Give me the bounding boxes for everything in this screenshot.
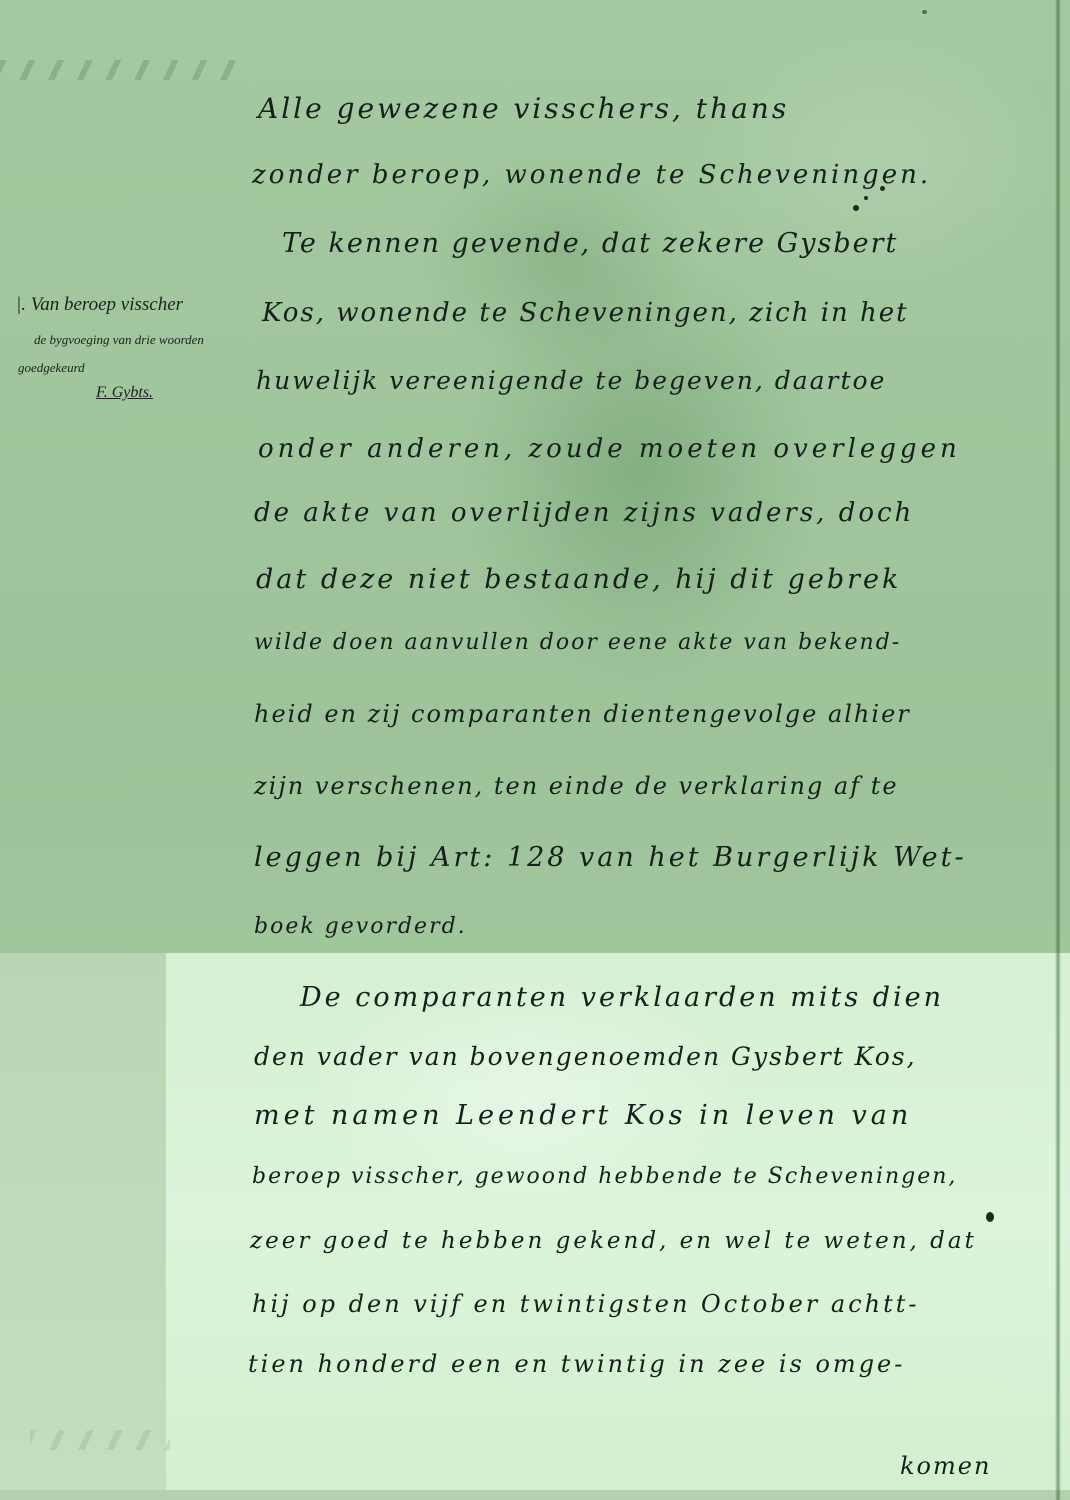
text-line: Kos, wonende te Scheveningen, zich in he… — [262, 298, 909, 328]
text-line: den vader van bovengenoemden Gysbert Kos… — [254, 1042, 917, 1071]
bleed-through-strokes — [0, 60, 240, 80]
page-shading-lower-left — [0, 953, 166, 1500]
text-line-catchword: komen — [900, 1452, 991, 1480]
text-line: onder anderen, zoude moeten overleggen — [258, 434, 961, 464]
text-line: met namen Leendert Kos in leven van — [254, 1100, 912, 1131]
margin-note-line-3: goedgekeurd — [18, 360, 85, 376]
page-binding-edge — [1055, 0, 1061, 1500]
text-line: zijn verschenen, ten einde de verklaring… — [254, 772, 899, 800]
margin-note-line-1: |. Van beroep visscher — [16, 294, 183, 316]
text-line: wilde doen aanvullen door eene akte van … — [254, 630, 901, 655]
text-line: De comparanten verklaarden mits dien — [300, 982, 944, 1013]
text-line: hij op den vijf en twintigsten October a… — [252, 1290, 920, 1318]
text-line: huwelijk vereenigende te begeven, daarto… — [256, 366, 886, 395]
margin-note-signature: F. Gybts. — [96, 384, 153, 402]
text-line: zonder beroep, wonende te Scheveningen. — [252, 160, 931, 190]
text-line: Alle gewezene visschers, thans — [258, 92, 789, 125]
bleed-through-strokes — [30, 1430, 170, 1450]
ink-blot — [986, 1212, 994, 1222]
text-line: Te kennen gevende, dat zekere Gysbert — [282, 228, 898, 259]
ink-blot — [853, 205, 859, 211]
text-line: zeer goed te hebben gekend, en wel te we… — [250, 1228, 977, 1254]
text-line: leggen bij Art: 128 van het Burgerlijk W… — [254, 842, 967, 873]
text-line: heid en zij comparanten dientengevolge a… — [254, 700, 911, 728]
ink-blot — [922, 10, 927, 14]
text-line: dat deze niet bestaande, hij dit gebrek — [256, 564, 901, 595]
text-line: tien honderd een en twintig in zee is om… — [248, 1350, 905, 1378]
page-bright-region — [166, 953, 1070, 1490]
ink-blot — [864, 196, 868, 200]
text-line: boek gevorderd. — [254, 914, 467, 939]
text-line: de akte van overlijden zijns vaders, doc… — [254, 498, 914, 528]
page-bottom-strip — [0, 1490, 1070, 1500]
margin-note-line-2: de bygvoeging van drie woorden — [34, 332, 204, 348]
text-line: beroep visscher, gewoond hebbende te Sch… — [252, 1164, 957, 1189]
